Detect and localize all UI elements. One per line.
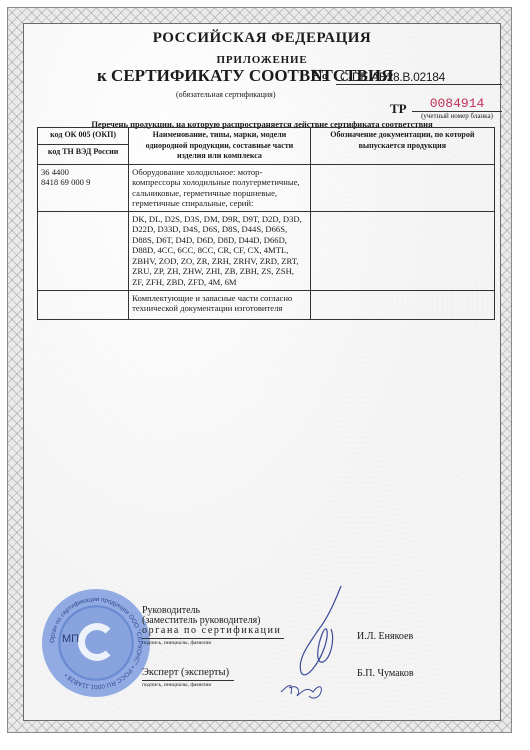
product-models-cell: DK, DL, D2S, D3S, DM, D9R, D9T, D2D, D3D…	[129, 211, 311, 290]
product-name-cell: Оборудование холодильное: мотор-компресс…	[129, 164, 311, 211]
documentation-cell	[310, 290, 494, 319]
stamp-mp-label: МП	[62, 633, 79, 645]
code-okp: 36 4400	[41, 167, 125, 178]
country-title: РОССИЙСКАЯ ФЕДЕРАЦИЯ	[24, 30, 500, 47]
table-row: Комплектующие и запасные части согласно …	[38, 290, 495, 319]
table-row: DK, DL, D2S, D3S, DM, D9R, D9T, D2D, D3D…	[38, 211, 495, 290]
handwritten-signature-icon	[279, 584, 359, 704]
expert-name: Б.П. Чумаков	[357, 668, 414, 679]
header-code-tnved: код ТН ВЭД России	[38, 145, 129, 165]
rs-logo-icon	[78, 623, 116, 661]
certificate-number: C-DE.AB28.B.02184	[336, 70, 502, 85]
expert-role: Эксперт (эксперты)	[142, 667, 229, 678]
header-code-okp: код ОК 005 (ОКП)	[38, 128, 129, 145]
expert-signature-caption: подпись, инициалы, фамилия	[142, 680, 234, 688]
product-table: код ОК 005 (ОКП) Наименование, типы, мар…	[37, 127, 495, 320]
head-signature-caption: подпись, инициалы, фамилия	[142, 638, 284, 646]
certificate-number-label: №	[311, 66, 328, 86]
code-tnved: 8418 69 000 9	[41, 177, 125, 188]
tp-label: ТР	[390, 101, 407, 117]
header-documentation: Обозначение документации, по которой вып…	[310, 128, 494, 165]
code-cell	[38, 290, 129, 319]
appendix-title: ПРИЛОЖЕНИЕ	[24, 54, 500, 66]
head-role-line: органа по сертификации	[142, 626, 282, 636]
certificate-body: РОССИЙСКАЯ ФЕДЕРАЦИЯ ПРИЛОЖЕНИЕ к СЕРТИФ…	[23, 23, 501, 721]
product-parts-cell: Комплектующие и запасные части согласно …	[129, 290, 311, 319]
certification-stamp: Орган по сертификации продукции ООО "СЕР…	[42, 589, 150, 697]
table-row: 36 4400 8418 69 000 9 Оборудование холод…	[38, 164, 495, 211]
head-role: Руководитель (заместитель руководителя) …	[142, 606, 282, 636]
documentation-cell	[310, 211, 494, 290]
documentation-cell	[310, 164, 494, 211]
head-name: И.Л. Енякоев	[357, 631, 413, 642]
header-product-name: Наименование, типы, марки, модели одноро…	[129, 128, 311, 165]
certification-type: (обязательная сертификация)	[176, 90, 275, 99]
certificate-frame: РОССИЙСКАЯ ФЕДЕРАЦИЯ ПРИЛОЖЕНИЕ к СЕРТИФ…	[7, 7, 512, 733]
code-cell	[38, 211, 129, 290]
blank-serial-number: 0084914	[412, 96, 502, 112]
code-cell: 36 4400 8418 69 000 9	[38, 164, 129, 211]
